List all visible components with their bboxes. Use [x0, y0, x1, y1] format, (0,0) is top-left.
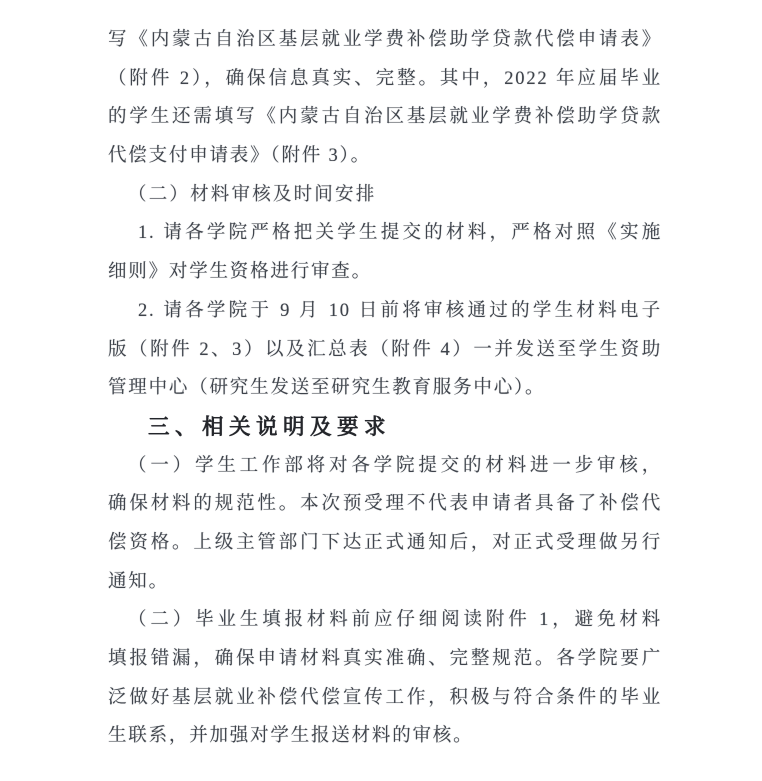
body-text-line: 确保材料的规范性。本次预受理不代表申请者具备了补偿代: [108, 485, 662, 524]
body-text-line: 生联系，并加强对学生报送材料的审核。: [108, 717, 662, 756]
document-text-block: 写《内蒙古自治区基层就业学费补偿助学贷款代偿申请表》（附件 2），确保信息真实、…: [108, 21, 662, 756]
body-text-line: 偿资格。上级主管部门下达正式通知后，对正式受理做另行: [108, 524, 662, 563]
body-text-line: 细则》对学生资格进行审查。: [108, 253, 662, 292]
body-text-line: 通知。: [108, 563, 662, 602]
body-text-line: 2. 请各学院于 9 月 10 日前将审核通过的学生材料电子: [108, 292, 662, 331]
body-text-line: 1. 请各学院严格把关学生提交的材料，严格对照《实施: [108, 214, 662, 253]
subsection-heading: （二）材料审核及时间安排: [108, 176, 662, 215]
body-text-line: 填报错漏，确保申请材料真实准确、完整规范。各学院要广: [108, 640, 662, 679]
body-text-line: （二）毕业生填报材料前应仔细阅读附件 1，避免材料: [108, 601, 662, 640]
document-page: 写《内蒙古自治区基层就业学费补偿助学贷款代偿申请表》（附件 2），确保信息真实、…: [0, 0, 762, 781]
body-text-line: 管理中心（研究生发送至研究生教育服务中心）。: [108, 369, 662, 408]
body-text-line: 的学生还需填写《内蒙古自治区基层就业学费补偿助学贷款: [108, 98, 662, 137]
section-heading: 三、相关说明及要求: [108, 408, 662, 447]
body-text-line: 泛做好基层就业补偿代偿宣传工作，积极与符合条件的毕业: [108, 679, 662, 718]
body-text-line: 写《内蒙古自治区基层就业学费补偿助学贷款代偿申请表》: [108, 21, 662, 60]
body-text-line: （附件 2），确保信息真实、完整。其中，2022 年应届毕业: [108, 60, 662, 99]
body-text-line: 版（附件 2、3）以及汇总表（附件 4）一并发送至学生资助: [108, 331, 662, 370]
body-text-line: （一）学生工作部将对各学院提交的材料进一步审核，: [108, 447, 662, 486]
body-text-line: 代偿支付申请表》（附件 3）。: [108, 137, 662, 176]
